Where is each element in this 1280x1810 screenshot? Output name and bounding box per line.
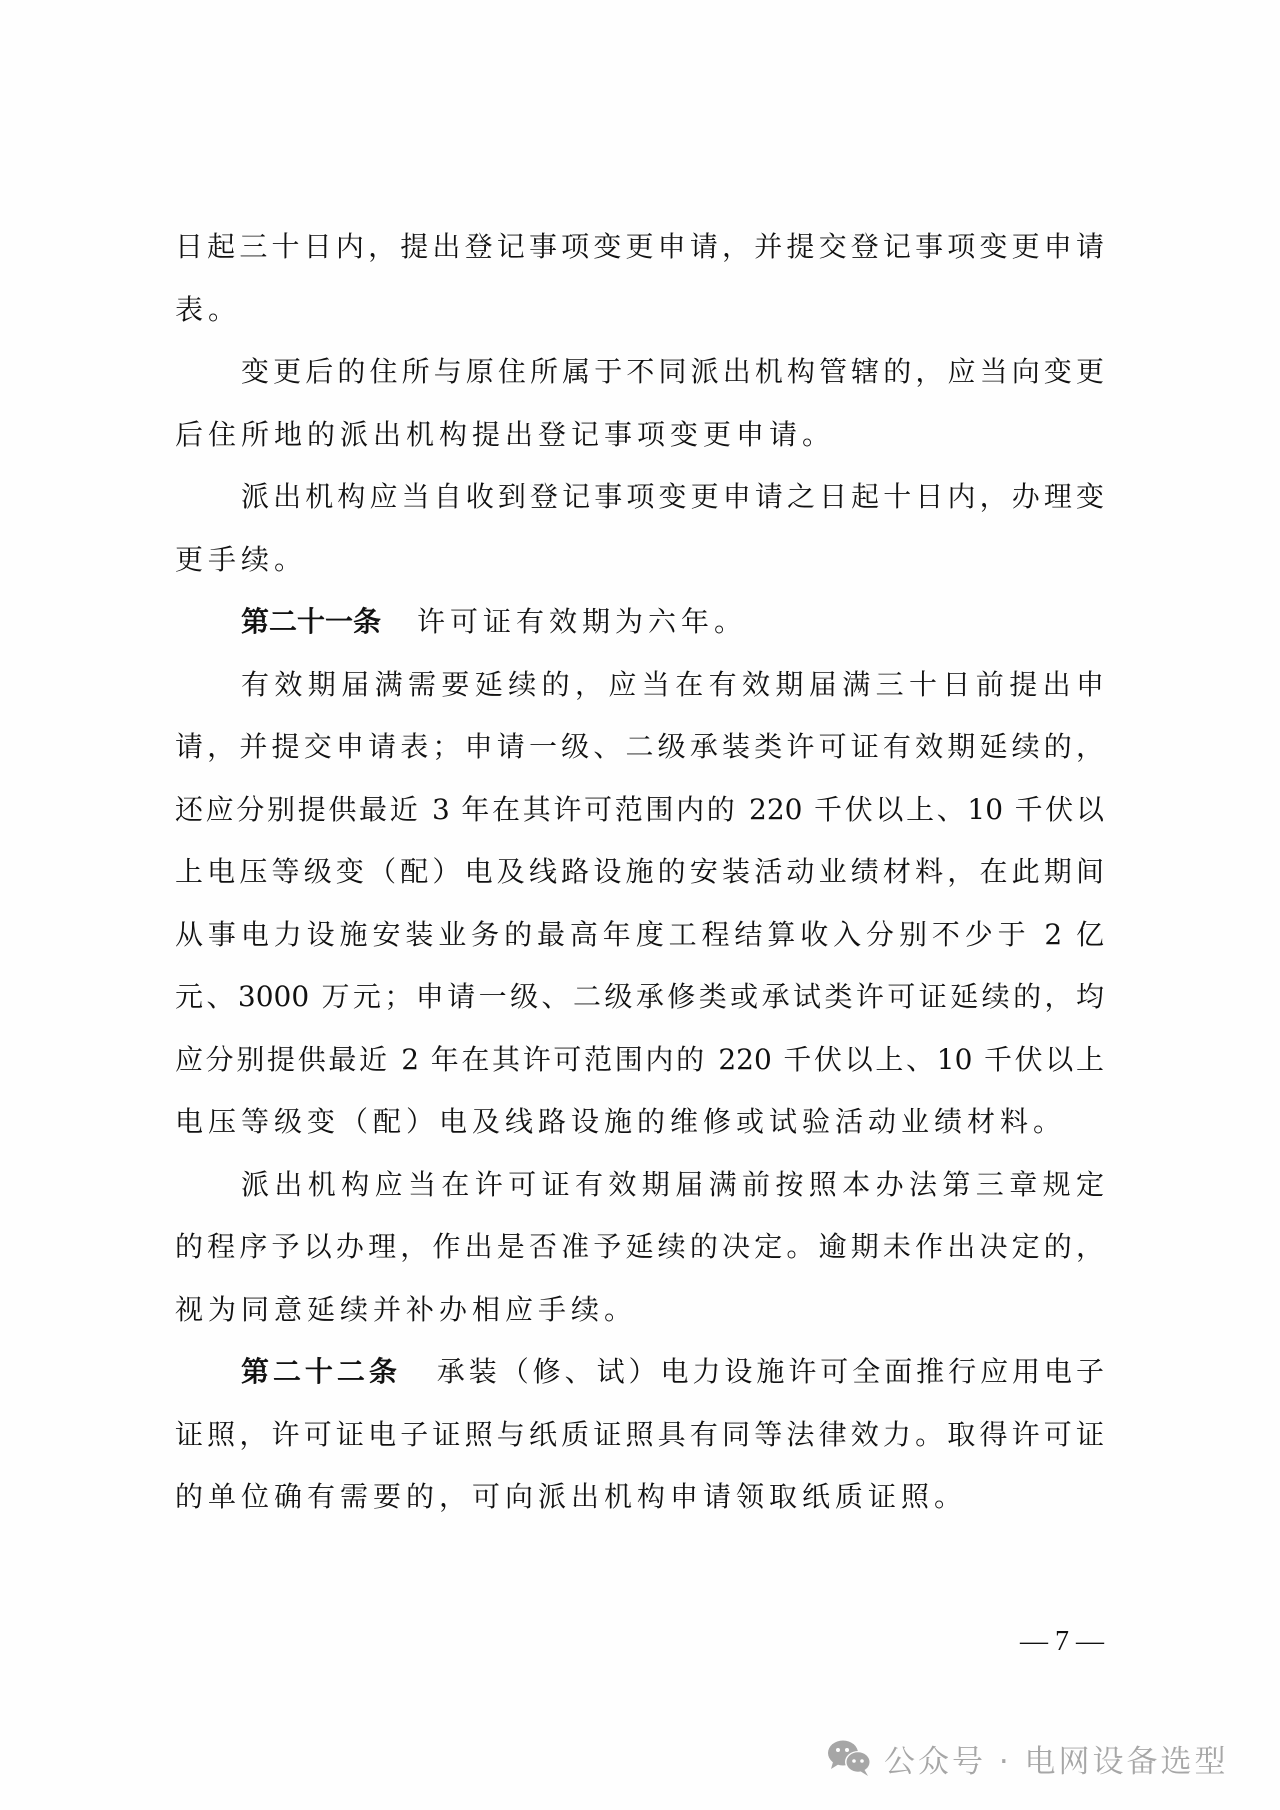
line-text: 请，并提交申请表；申请一级、二级承装类许可证有效期延续的， — [175, 730, 1104, 763]
paragraph-start-line: 变更后的住所与原住所属于不同派出机构管辖的，应当向变更 — [175, 352, 1104, 392]
article-heading: 第二十一条 — [241, 605, 381, 638]
page-number: — 7 — — [1000, 1624, 1124, 1660]
text-line: 应分别提供最近 2 年在其许可范围内的 220 千伏以上、10 千伏以上 — [175, 1040, 1104, 1080]
line-text: 的程序予以办理，作出是否准予延续的决定。逾期未作出决定的， — [175, 1230, 1104, 1263]
line-text: 上电压等级变（配）电及线路设施的安装活动业绩材料，在此期间 — [175, 855, 1104, 888]
article-22-line: 第二十二条承装（修、试）电力设施许可全面推行应用电子 — [175, 1352, 1104, 1392]
text-line: 更手续。 — [175, 540, 1104, 580]
text-line: 的程序予以办理，作出是否准予延续的决定。逾期未作出决定的， — [175, 1227, 1104, 1267]
article-heading: 第二十二条 — [241, 1355, 401, 1388]
text-line: 证照，许可证电子证照与纸质证照具有同等法律效力。取得许可证 — [175, 1415, 1104, 1455]
text-line: 的单位确有需要的，可向派出机构申请领取纸质证照。 — [175, 1477, 1104, 1517]
text-line: 后住所地的派出机构提出登记事项变更申请。 — [175, 415, 1104, 455]
article-21-line: 第二十一条许可证有效期为六年。 — [175, 602, 1104, 642]
watermark-text: 公众号 · 电网设备选型 — [884, 1736, 1229, 1781]
line-text: 元、3000 万元；申请一级、二级承修类或承试类许可证延续的，均 — [175, 980, 1104, 1013]
line-text: 应分别提供最近 2 年在其许可范围内的 220 千伏以上、10 千伏以上 — [175, 1043, 1104, 1076]
text-line: 表。 — [175, 290, 1104, 330]
line-text: 从事电力设施安装业务的最高年度工程结算收入分别不少于 2 亿 — [175, 918, 1104, 951]
line-text: 日起三十日内，提出登记事项变更申请，并提交登记事项变更申请 — [175, 230, 1104, 263]
line-text: 承装（修、试）电力设施许可全面推行应用电子 — [437, 1355, 1104, 1388]
line-text: 后住所地的派出机构提出登记事项变更申请。 — [175, 418, 835, 451]
line-text: 变更后的住所与原住所属于不同派出机构管辖的，应当向变更 — [241, 355, 1104, 388]
text-line: 元、3000 万元；申请一级、二级承修类或承试类许可证延续的，均 — [175, 977, 1104, 1017]
line-text: 有效期届满需要延续的，应当在有效期届满三十日前提出申 — [241, 668, 1104, 701]
line-text: 还应分别提供最近 3 年在其许可范围内的 220 千伏以上、10 千伏以 — [175, 793, 1104, 826]
line-text: 派出机构应当在许可证有效期届满前按照本办法第三章规定 — [241, 1168, 1104, 1201]
paragraph-start-line: 派出机构应当自收到登记事项变更申请之日起十日内，办理变 — [175, 477, 1104, 517]
line-text: 表。 — [175, 293, 241, 326]
text-line: 电压等级变（配）电及线路设施的维修或试验活动业绩材料。 — [175, 1102, 1104, 1142]
text-line: 上电压等级变（配）电及线路设施的安装活动业绩材料，在此期间 — [175, 852, 1104, 892]
wechat-icon — [826, 1738, 874, 1778]
watermark: 公众号 · 电网设备选型 — [826, 1738, 1229, 1778]
text-line: 视为同意延续并补办相应手续。 — [175, 1290, 1104, 1330]
text-line: 从事电力设施安装业务的最高年度工程结算收入分别不少于 2 亿 — [175, 915, 1104, 955]
text-line: 还应分别提供最近 3 年在其许可范围内的 220 千伏以上、10 千伏以 — [175, 790, 1104, 830]
text-line: 日起三十日内，提出登记事项变更申请，并提交登记事项变更申请 — [175, 227, 1104, 267]
line-text: 的单位确有需要的，可向派出机构申请领取纸质证照。 — [175, 1480, 967, 1513]
paragraph-start-line: 有效期届满需要延续的，应当在有效期届满三十日前提出申 — [175, 665, 1104, 705]
line-text: 更手续。 — [175, 543, 307, 576]
line-text: 电压等级变（配）电及线路设施的维修或试验活动业绩材料。 — [175, 1105, 1066, 1138]
line-text: 证照，许可证电子证照与纸质证照具有同等法律效力。取得许可证 — [175, 1418, 1104, 1451]
line-text: 视为同意延续并补办相应手续。 — [175, 1293, 637, 1326]
document-page: 日起三十日内，提出登记事项变更申请，并提交登记事项变更申请 表。 变更后的住所与… — [0, 0, 1280, 1810]
paragraph-start-line: 派出机构应当在许可证有效期届满前按照本办法第三章规定 — [175, 1165, 1104, 1205]
line-text: 派出机构应当自收到登记事项变更申请之日起十日内，办理变 — [241, 480, 1104, 513]
line-text: 许可证有效期为六年。 — [417, 605, 747, 638]
text-line: 请，并提交申请表；申请一级、二级承装类许可证有效期延续的， — [175, 727, 1104, 767]
